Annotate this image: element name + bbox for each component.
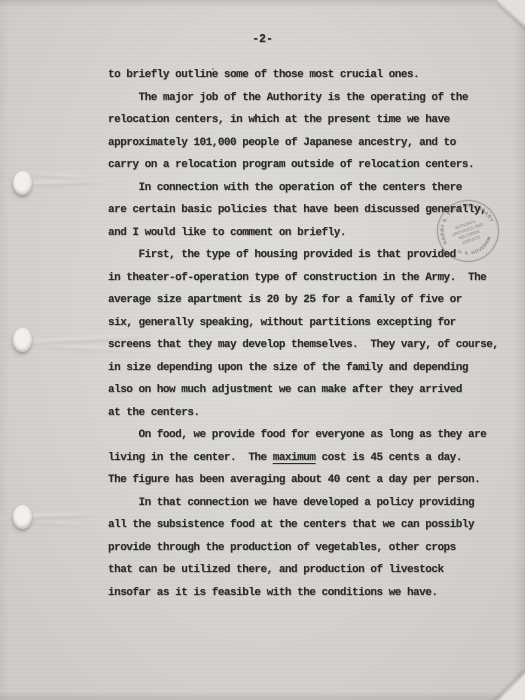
text-line: screens that they may develop themselves…	[108, 334, 508, 357]
typewritten-text: to briefly outline some of those most cr…	[108, 64, 508, 604]
document-scan-page: -2- to briefly outline some of those mos…	[0, 0, 525, 700]
text-line: In that connection we have developed a p…	[108, 492, 508, 515]
text-line: The figure has been averaging about 40 c…	[108, 469, 508, 492]
text-line: all the subsistence food at the centers …	[108, 514, 508, 537]
punch-hole-top	[13, 171, 32, 195]
text-line: insofar as it is feasible with the condi…	[108, 582, 508, 605]
text-line: in theater-of-operation type of construc…	[108, 267, 508, 290]
text-line: living in the center. The maximum cost i…	[108, 447, 508, 470]
text-line: approximately 101,000 people of Japanese…	[108, 132, 508, 155]
text-line: to briefly outline some of those most cr…	[108, 64, 508, 87]
text-line: that can be utilized there, and producti…	[108, 559, 508, 582]
corner-fold-top-right	[497, 0, 525, 34]
text-line: also on how much adjustment we can make …	[108, 379, 508, 402]
corner-fold-bottom-right	[491, 670, 525, 700]
ink-speck	[337, 520, 339, 522]
punch-hole-middle	[13, 328, 32, 352]
text-line: provide through the production of vegeta…	[108, 537, 508, 560]
text-line: In connection with the operation of the …	[108, 177, 508, 200]
text-line: carry on a relocation program outside of…	[108, 154, 508, 177]
text-line: are certain basic policies that have bee…	[108, 199, 508, 222]
text-line: The major job of the Authority is the op…	[108, 87, 508, 110]
text-line: On food, we provide food for everyone as…	[108, 424, 508, 447]
text-line: six, generally speaking, without partiti…	[108, 312, 508, 335]
paper-crease	[22, 519, 92, 528]
ink-speck	[212, 68, 214, 70]
text-line: average size apartment is 20 by 25 for a…	[108, 289, 508, 312]
punch-hole-bottom	[13, 505, 32, 529]
page-number: -2-	[0, 33, 525, 46]
text-line: First, the type of housing provided is t…	[108, 244, 508, 267]
text-line: at the centers.	[108, 402, 508, 425]
text-line: relocation centers, in which at the pres…	[108, 109, 508, 132]
text-line: in size depending upon the size of the f…	[108, 357, 508, 380]
text-line: and I would like to comment on briefly.	[108, 222, 508, 245]
